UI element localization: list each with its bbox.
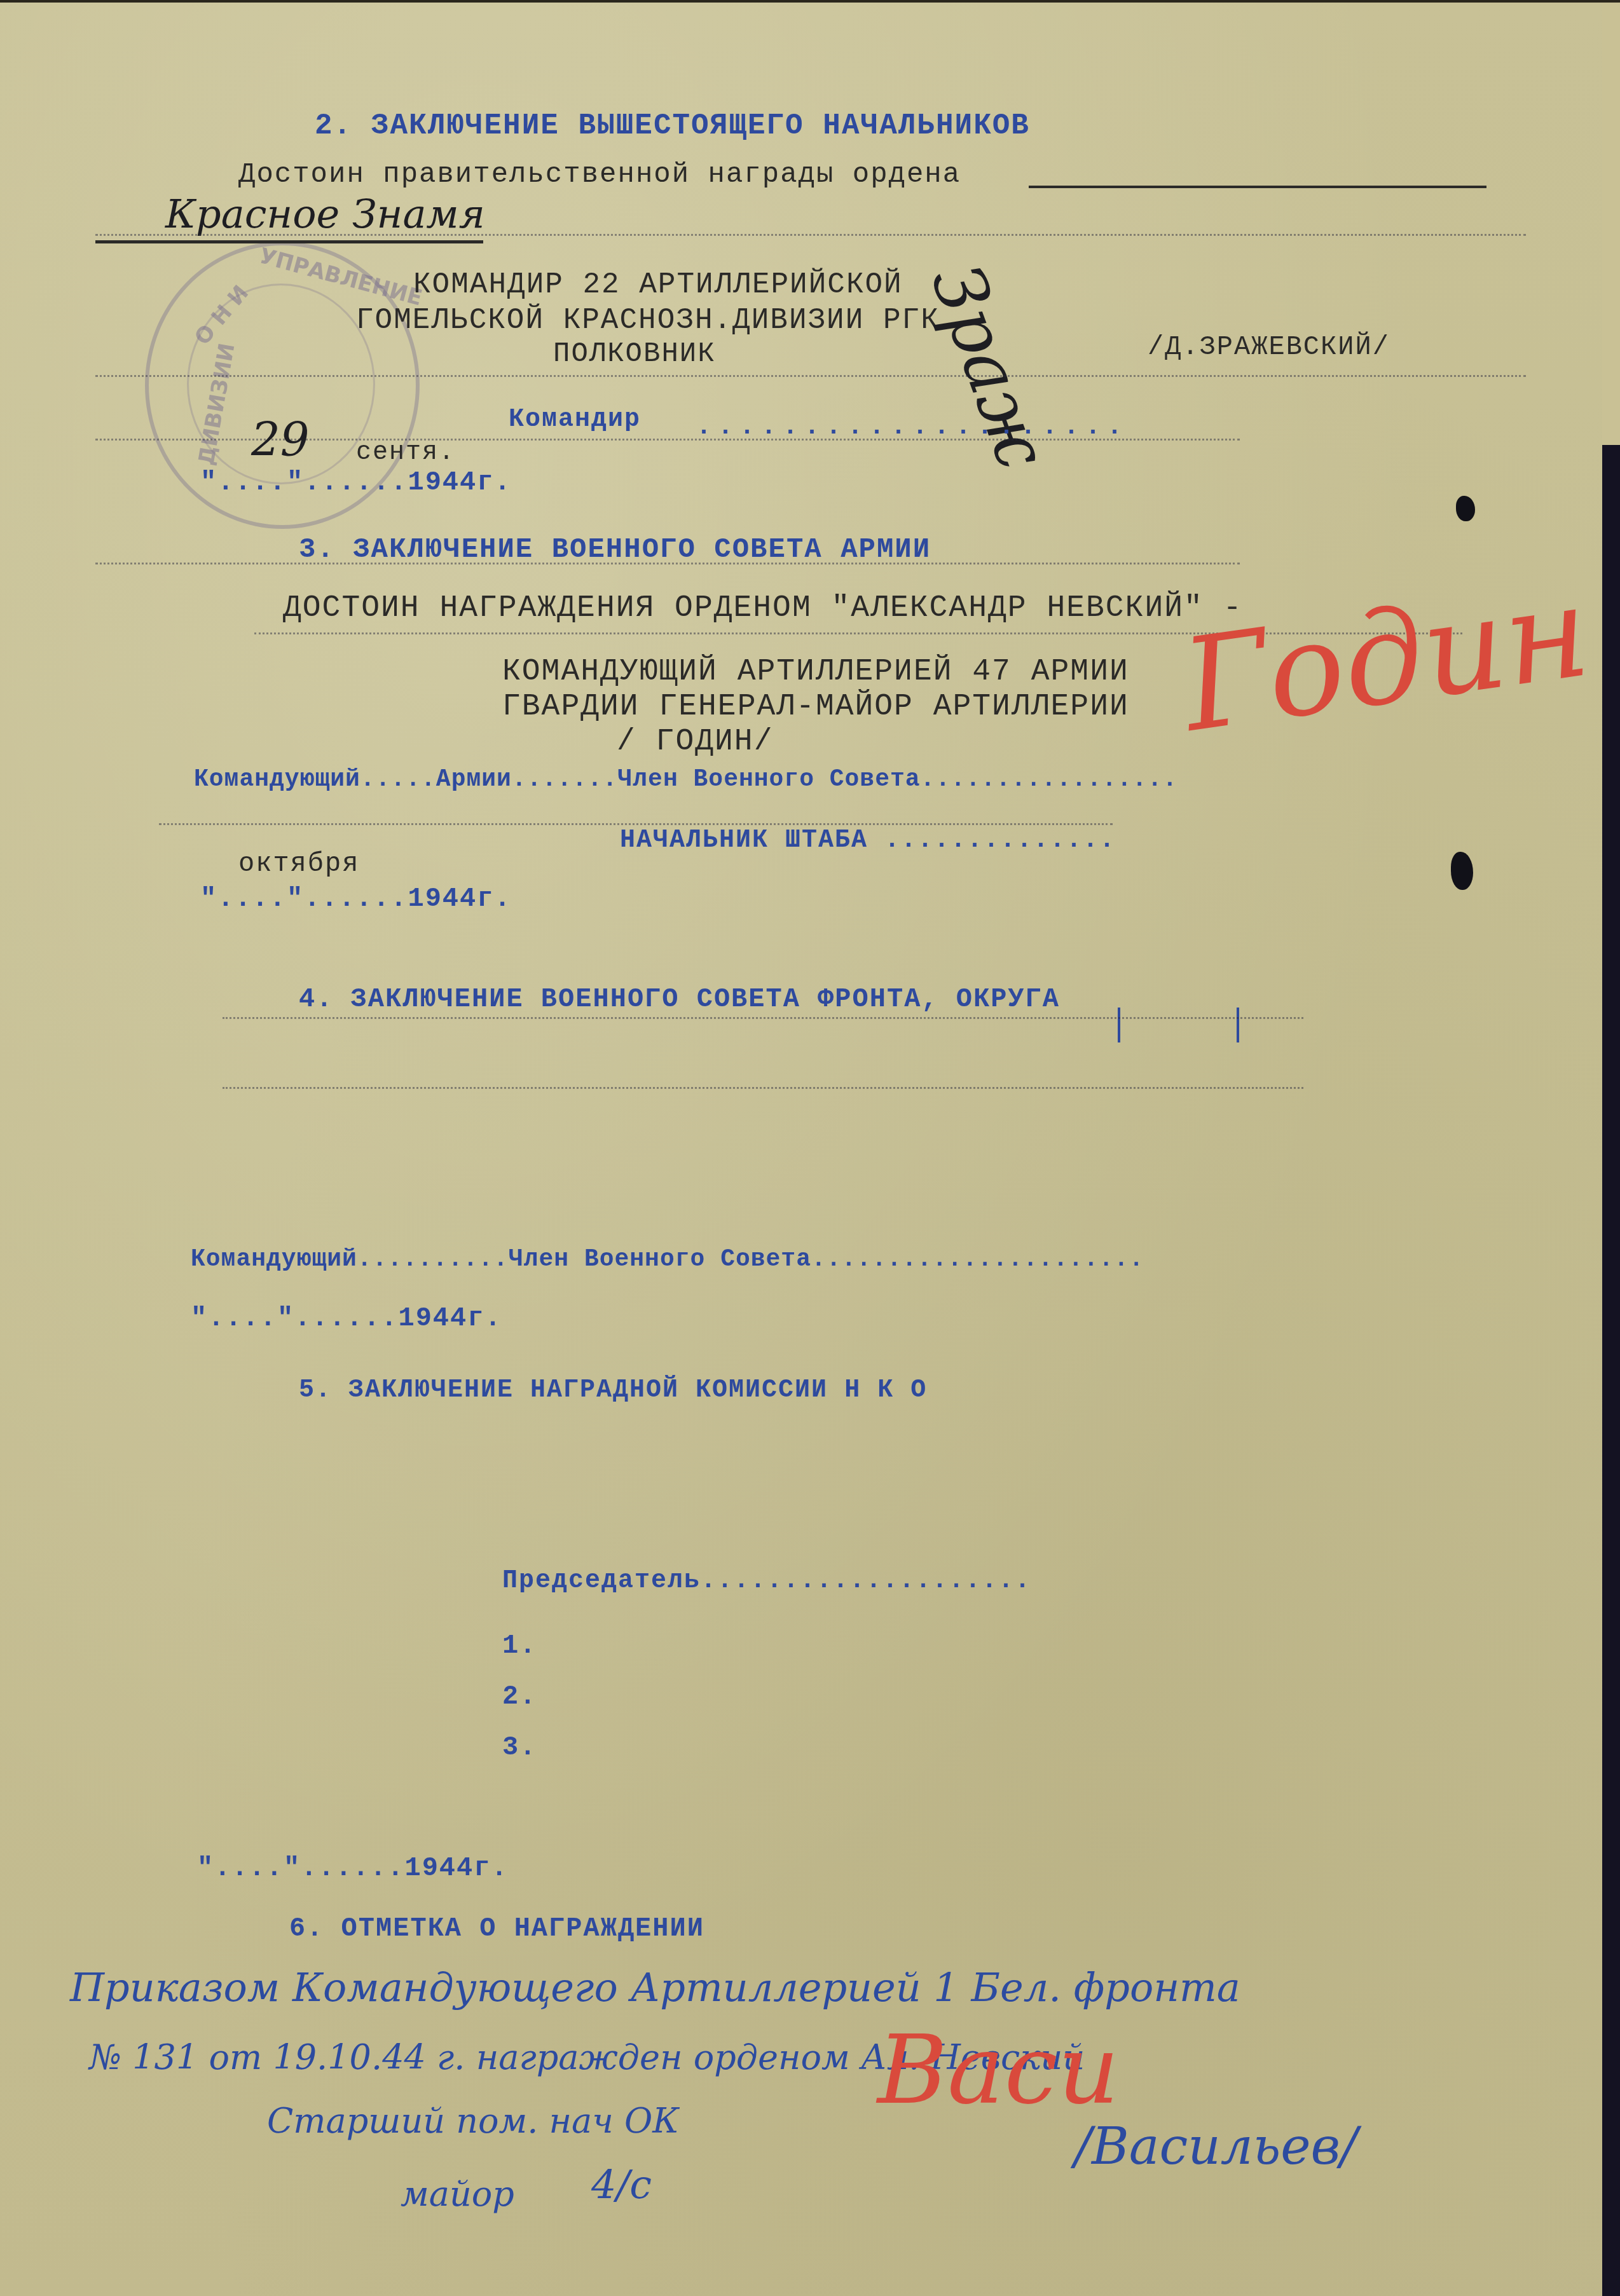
commander-signature-label: Командир [509,406,641,434]
section3-heading: 3. ЗАКЛЮЧЕНИЕ ВОЕННОГО СОВЕТА АРМИИ [299,534,931,566]
page-top-edge [0,0,1620,3]
section5-member-2: 2. [502,1681,537,1712]
section6-red-signature: Васи [877,2015,1119,2126]
section6-heading: 6. ОТМЕТКА О НАГРАЖДЕНИИ [289,1913,704,1944]
section2-heading: 2. ЗАКЛЮЧЕНИЕ ВЫШЕСТОЯЩЕГО НАЧАЛЬНИКОВ [315,109,1030,142]
page-right-edge-shadow [1602,445,1620,2296]
section3-signer-line2: ГВАРДИИ ГЕНЕРАЛ-МАЙОР АРТИЛЛЕРИИ [502,690,1129,724]
award-underline [95,240,483,243]
guide-dots [95,375,1526,377]
section4-separator-2 [1237,1008,1239,1042]
paper-hole [1456,496,1475,521]
section6-handwritten-line1: Приказом Командующего Артиллерией 1 Бел.… [70,1964,1240,2011]
section6-handwritten-line3: Старший пом. нач ОК [267,2101,679,2141]
section6-handwritten-line4: майор [401,2174,514,2214]
award-line-blank [1029,186,1486,188]
guide-dots [159,823,1113,825]
guide-dots [95,234,1526,236]
commander-title-line1: КОМАНДИР 22 АРТИЛЛЕРИЙСКОЙ [413,268,903,301]
section6-initial: 4/с [591,2161,652,2208]
section3-signer-name: / ГОДИН/ [617,725,773,759]
commander-title-line2: ГОМЕЛЬСКОЙ КРАСНОЗН.ДИВИЗИИ РГК [356,304,940,337]
award-handwritten: Красное Знамя [165,191,485,237]
commander-signature-dots: .................... [696,413,1129,442]
section5-member-1: 1. [502,1630,537,1661]
section4-separator-1 [1118,1008,1120,1042]
section3-signatures-row: Командующий.....Армии.......Член Военног… [194,766,1177,793]
guide-dots [95,563,1240,564]
section3-chief-of-staff: НАЧАЛЬНИК ШТАБА .............. [620,826,1116,855]
section3-signer-line1: КОМАНДУЮЩИЙ АРТИЛЛЕРИЕЙ 47 АРМИИ [502,655,1129,689]
section4-signatures-row: Командующий..........Член Военного Совет… [191,1246,1144,1273]
section5-member-3: 3. [502,1732,537,1763]
section3-conclusion: ДОСТОИН НАГРАЖДЕНИЯ ОРДЕНОМ "АЛЕКСАНДР Н… [283,591,1242,625]
guide-dots [223,1017,1303,1019]
section4-date-line: "...."......1944г. [191,1303,502,1334]
section5-heading: 5. ЗАКЛЮЧЕНИЕ НАГРАДНОЙ КОМИССИИ Н К О [299,1376,927,1405]
section2-date-line: "...."......1944г. [200,467,512,498]
section3-date-line: "...."......1944г. [200,884,512,914]
date-day-handwritten: 29 [251,413,310,467]
guide-dots [223,1087,1303,1089]
award-line-label: Достоин правительственной награды ордена [238,159,961,191]
commander-rank: ПОЛКОВНИК [553,338,716,370]
section5-chairman: Председатель.................... [502,1567,1031,1596]
section3-date-month: октября [238,849,359,879]
section5-date-line: "...."......1944г. [197,1853,509,1883]
date-month: сентя. [356,439,455,467]
commander-name: /Д.ЗРАЖЕВСКИЙ/ [1148,332,1390,362]
section4-heading: 4. ЗАКЛЮЧЕНИЕ ВОЕННОГО СОВЕТА ФРОНТА, ОК… [299,984,1060,1015]
